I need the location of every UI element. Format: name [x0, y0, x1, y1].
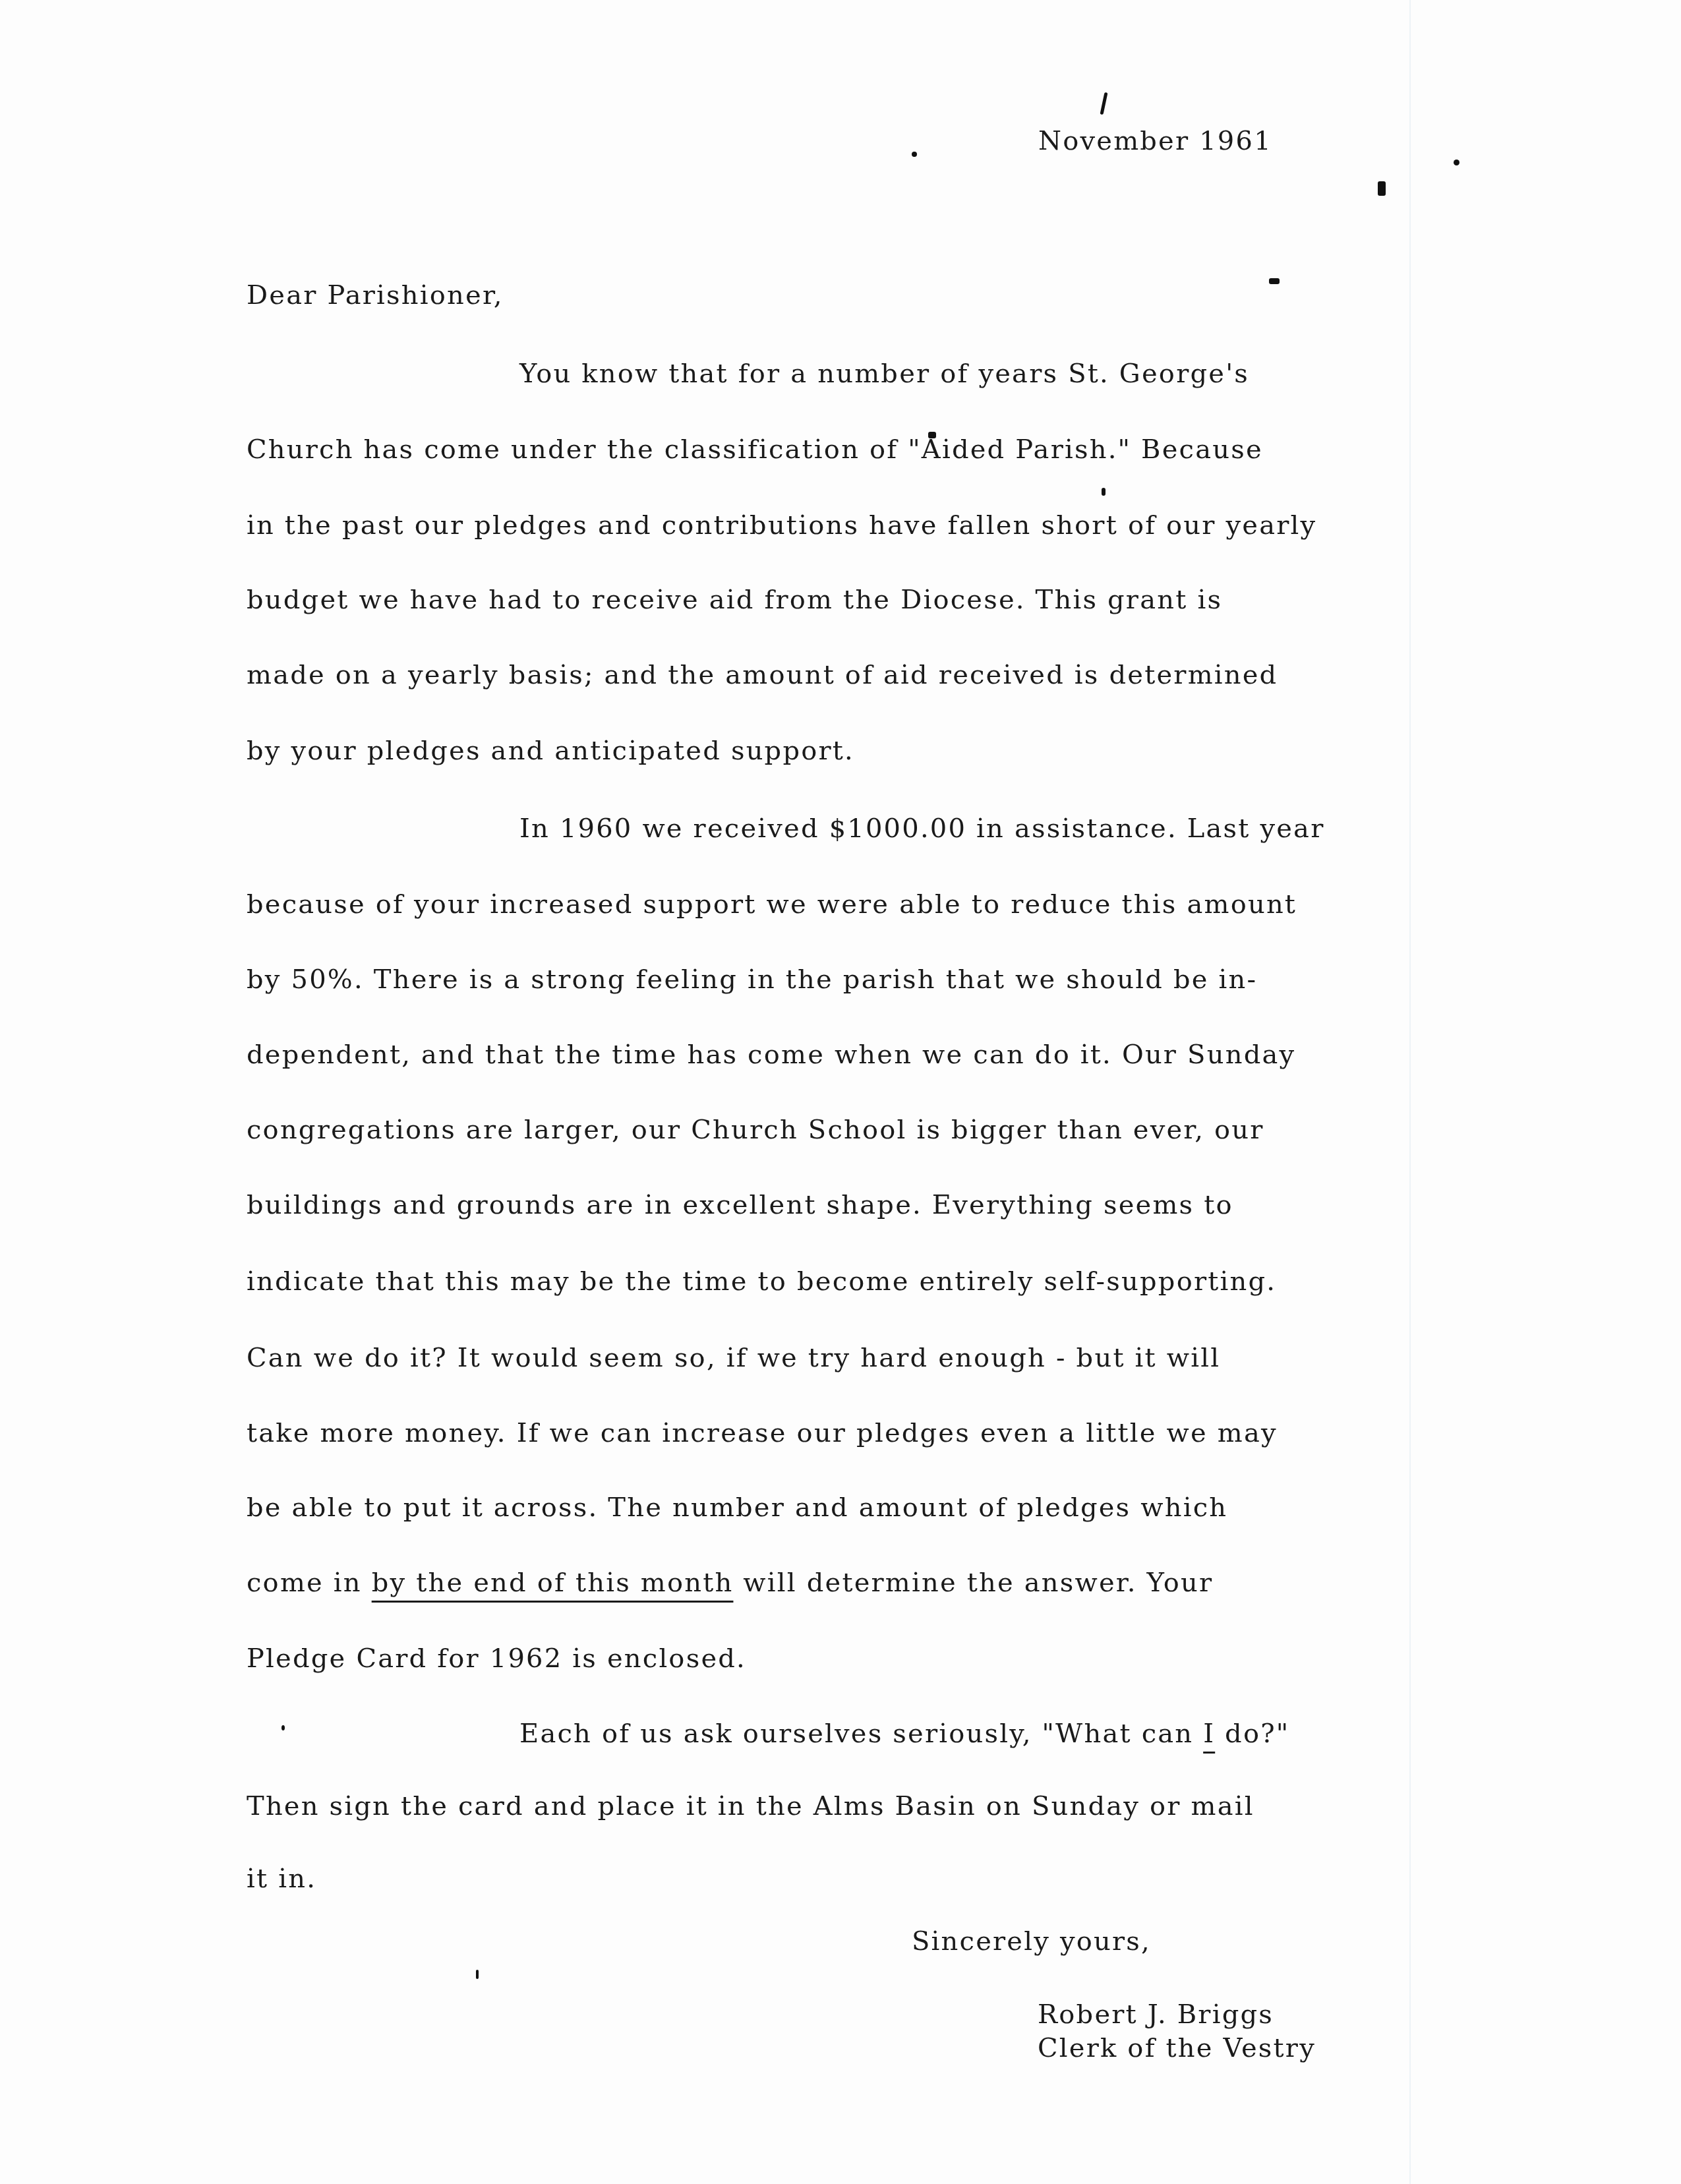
text-segment: Each of us ask ourselves seriously, "Wha…	[519, 1719, 1203, 1749]
paragraph-2-line: by 50%. There is a strong feeling in the…	[247, 966, 1257, 993]
ink-speck	[1102, 488, 1106, 496]
closing: Sincerely yours,	[912, 1928, 1151, 1955]
paragraph-3-line: Each of us ask ourselves seriously, "Wha…	[519, 1721, 1289, 1747]
paragraph-1-line: made on a yearly basis; and the amount o…	[247, 662, 1278, 688]
paragraph-2-line: dependent, and that the time has come wh…	[247, 1042, 1295, 1068]
ink-speck	[1454, 160, 1460, 165]
paragraph-2-line: be able to put it across. The number and…	[247, 1494, 1227, 1521]
paragraph-2-line: indicate that this may be the time to be…	[247, 1268, 1276, 1295]
emphasis-underline: I	[1203, 1719, 1215, 1749]
paragraph-3-line: Then sign the card and place it in the A…	[247, 1793, 1254, 1819]
ink-speck	[281, 1725, 285, 1730]
ink-speck	[1378, 181, 1386, 196]
emphasis-underline: by the end of this month	[372, 1568, 734, 1598]
signature-name: Robert J. Briggs	[1038, 2001, 1274, 2028]
text-segment: come in	[247, 1568, 372, 1598]
paragraph-1-line: Church has come under the classification…	[247, 436, 1263, 463]
text-segment: will determine the answer. Your	[733, 1568, 1213, 1598]
text-segment: do?"	[1215, 1719, 1289, 1749]
ink-speck	[1269, 278, 1280, 284]
salutation: Dear Parishioner,	[247, 282, 504, 309]
signature-title: Clerk of the Vestry	[1038, 2035, 1316, 2061]
paragraph-2-line: because of your increased support we wer…	[247, 891, 1297, 918]
paragraph-3-line: it in.	[247, 1866, 316, 1892]
paragraph-2-line: take more money. If we can increase our …	[247, 1420, 1278, 1446]
paragraph-2-line: buildings and grounds are in excellent s…	[247, 1192, 1233, 1218]
paragraph-2-line: congregations are larger, our Church Sch…	[247, 1117, 1264, 1143]
paragraph-1-line: by your pledges and anticipated support.	[247, 738, 854, 764]
ink-speck	[476, 1970, 479, 1979]
ink-mark	[1100, 92, 1108, 115]
paragraph-2-line: Pledge Card for 1962 is enclosed.	[247, 1645, 746, 1672]
paragraph-1-line: budget we have had to receive aid from t…	[247, 587, 1222, 613]
paragraph-2-line: In 1960 we received $1000.00 in assistan…	[519, 815, 1324, 842]
paragraph-2-line: Can we do it? It would seem so, if we tr…	[247, 1345, 1220, 1371]
ink-speck	[912, 152, 917, 157]
paragraph-1-line: in the past our pledges and contribution…	[247, 512, 1316, 539]
scan-edge-line	[1409, 0, 1411, 2184]
letter-page: November 1961 Dear Parishioner, You know…	[0, 0, 1681, 2184]
paragraph-2-underlined-line: come in by the end of this month will de…	[247, 1570, 1213, 1596]
letter-date: November 1961	[1038, 128, 1272, 154]
paragraph-1-line: You know that for a number of years St. …	[519, 361, 1249, 387]
